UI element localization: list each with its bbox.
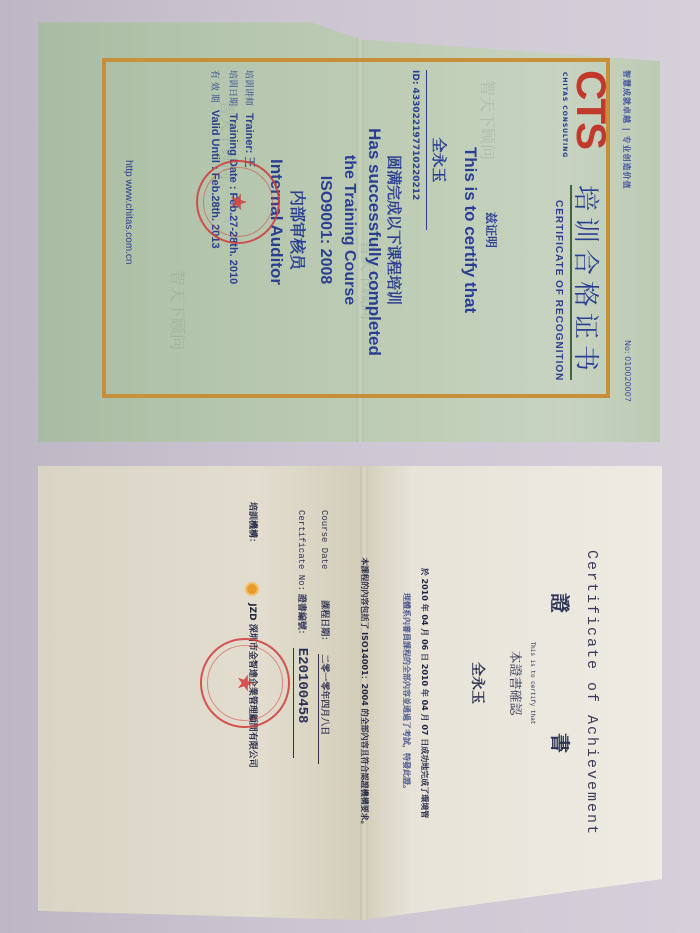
- certificate-title-cn: 證 書: [547, 488, 576, 858]
- red-seal-stamp: ★: [200, 638, 290, 728]
- completed-cn: 圆满完成以下课程培训: [384, 40, 405, 420]
- course-label: the Training Course: [340, 40, 358, 420]
- certify-en: This is to certify that: [460, 40, 480, 420]
- title-underline: [570, 185, 572, 380]
- body-line-3: 本課程的內容包括了 ISO14001：2004 的全部內容且符合認證機構要求。: [359, 488, 370, 898]
- holder-name: 全永玉: [468, 488, 488, 878]
- website-url: http www.chitas.com.cn: [123, 160, 134, 264]
- course-role-cn: 内部审核员: [287, 40, 310, 420]
- certificate-title-cn: 培训合格证书: [569, 185, 606, 377]
- certificate-number: No: 010020007: [623, 340, 632, 402]
- certificate-title-en: Certificate of Achievement: [583, 508, 600, 878]
- certify-cn: 兹证明: [483, 40, 500, 420]
- certify-cn: 本證書確認: [507, 488, 526, 878]
- certificate-number-field: Certificate No: 證書編號： E20100458: [293, 510, 310, 758]
- holder-name: 全永玉: [429, 0, 450, 350]
- course-date-field: Course Date 課程日期： 二零一零年四月八日: [318, 510, 332, 764]
- course-date-value: 二零一零年四月八日: [318, 654, 332, 764]
- cts-logo: CTS: [570, 70, 612, 148]
- sun-logo-icon: [248, 584, 258, 594]
- course-standard: ISO9001: 2008: [316, 40, 334, 420]
- issuer-row: 培訓機構： JZD 深圳市金智達企業管理顧問有限公司: [247, 502, 260, 768]
- cts-logo-subtitle: CHITAS CONSULTING: [561, 72, 568, 158]
- certificate-top-content: 智天下顾问 智天下顾问 智天下顾问 智天下顾问 智慧成就卓越 | 专业创造价值 …: [100, 40, 620, 420]
- body-line-2: 理體系內審員課程的全部內容並通過了考試，特發此證。: [401, 488, 412, 898]
- trainer-row: 培训讲师 Trainer: 王: [242, 70, 258, 168]
- completed-en: Has successfully completed: [364, 52, 384, 432]
- certificate-bottom-content: Certificate of Achievement 證 書 This is t…: [80, 488, 620, 898]
- holder-id: ID: 433022197710220212: [410, 70, 420, 200]
- name-underline: [426, 70, 427, 230]
- certify-en: This is to certify that: [529, 488, 536, 878]
- certificate-number-value: E20100458: [293, 648, 310, 758]
- red-seal-stamp: ★: [196, 160, 280, 244]
- body-line-1: 於 2010 年 04 月 06 日 2010 年 04 月 07 日成功地完成…: [419, 488, 430, 898]
- certificate-title-en: CERTIFICATE OF RECOGNITION: [553, 200, 564, 381]
- issuer-label: 培訓機構：: [247, 502, 257, 547]
